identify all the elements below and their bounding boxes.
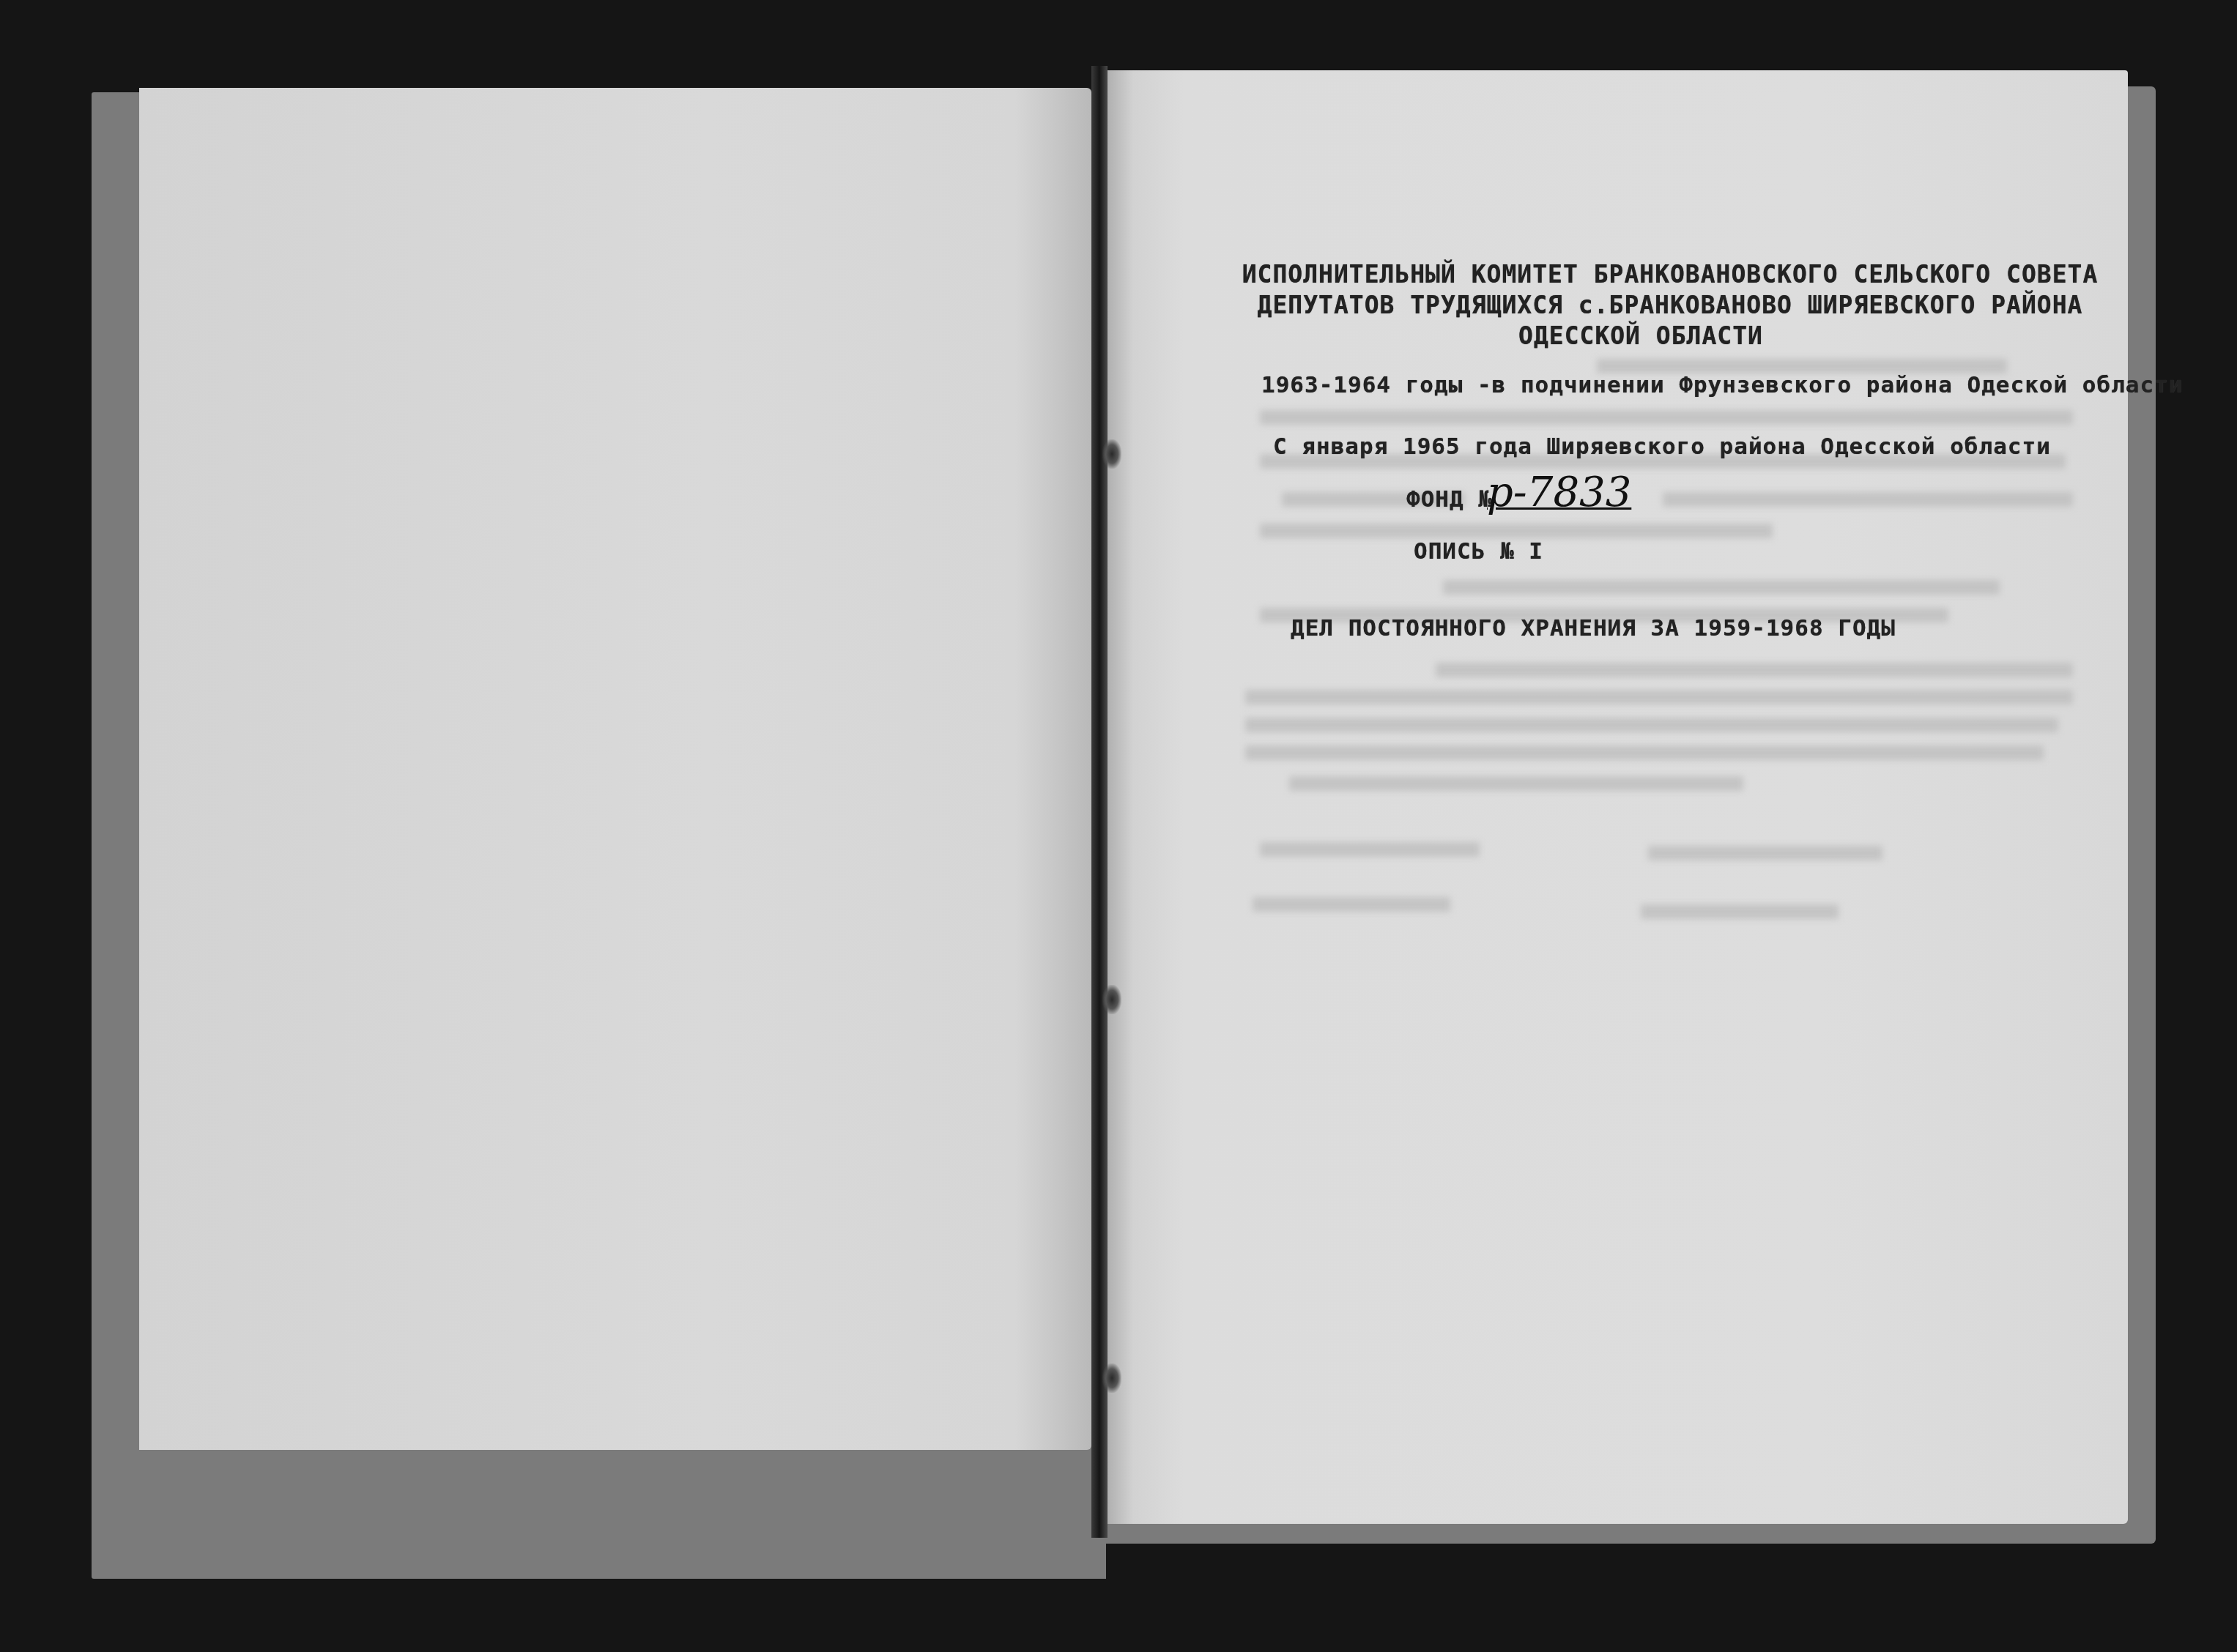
opis-number: ОПИСЬ № I [1414,538,1543,565]
binding-thread-middle [1102,985,1121,1014]
blank-left-page [139,88,1091,1450]
heading-line-3: ОДЕССКОЙ ОБЛАСТИ [1201,321,2080,351]
binding-thread-bottom [1102,1363,1121,1393]
book-spine-gutter [1091,66,1108,1538]
subordination-1965: С января 1965 года Ширяевского района Од… [1273,434,2051,460]
heading-line-1: ИСПОЛНИТЕЛЬНЫЙ КОМИТЕТ БРАНКОВАНОВСКОГО … [1231,259,2110,290]
subordination-1963-1964: 1963-1964 годы -в подчинении Фрунзевског… [1261,372,2183,398]
inventory-title: ДЕЛ ПОСТОЯННОГО ХРАНЕНИЯ ЗА 1959-1968 ГО… [1291,615,1896,641]
fond-label: ФОНД № [1406,486,1493,513]
heading-line-2: ДЕПУТАТОВ ТРУДЯЩИХСЯ с.БРАНКОВАНОВО ШИРЯ… [1231,290,2110,321]
fond-number-handwritten: р-7833 [1487,469,1631,516]
binding-thread-top [1102,439,1121,469]
